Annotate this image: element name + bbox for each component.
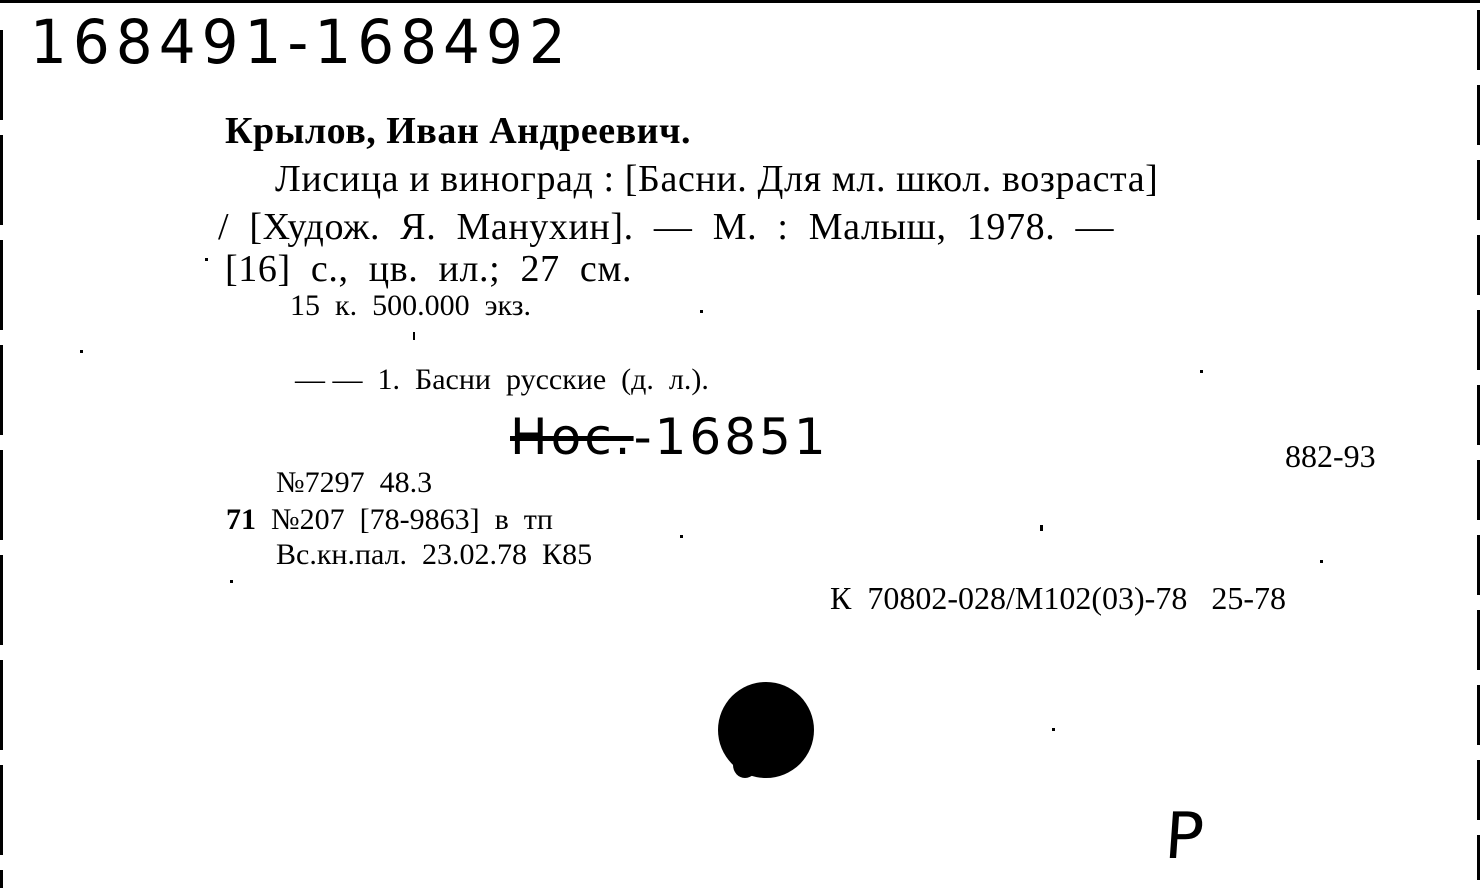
handwritten-inventory-range: 168491-168492 [30, 6, 572, 77]
punch-hole-tail [733, 752, 757, 778]
handwritten-note-prefix: Нос. [510, 408, 634, 466]
card-top-edge [0, 0, 1480, 3]
speck [1200, 370, 1203, 373]
card-left-edge [0, 30, 3, 888]
speck [1320, 560, 1323, 563]
catalog-card: 168491-168492 Крылов, Иван Андреевич. Ли… [0, 0, 1480, 888]
speck [1040, 525, 1043, 531]
author-heading: Крылов, Иван Андреевич. [225, 112, 691, 150]
speck [230, 580, 233, 583]
speck [700, 310, 703, 313]
handwritten-note-number: -16851 [634, 408, 829, 466]
speck [413, 332, 415, 340]
physical-description: [16] с., цв. ил.; 27 см. [225, 250, 632, 288]
record-line-2-text: №207 [78-9863] в тп [271, 503, 553, 536]
index-code: К 70802-028/М102(03)-78 25-78 [830, 582, 1286, 614]
speck [80, 350, 83, 353]
handwritten-note: Нос.-16851 [510, 408, 829, 466]
record-line-1: №7297 48.3 [276, 468, 432, 498]
record-line-3: Вс.кн.пал. 23.02.78 К85 [276, 540, 592, 570]
speck [680, 535, 683, 538]
speck [1052, 728, 1055, 731]
price-and-print-run: 15 к. 500.000 экз. [290, 291, 531, 321]
classification-number: 882-93 [1285, 440, 1376, 472]
handwritten-corner-mark: Р [1162, 800, 1206, 874]
subject-heading: — — 1. Басни русские (д. л.). [295, 365, 709, 395]
record-line-2-lead: 71 [226, 503, 256, 536]
title-line-2: / [Худож. Я. Манухин]. — М. : Малыш, 197… [218, 208, 1114, 246]
speck [205, 258, 208, 261]
title-line-1: Лисица и виноград : [Басни. Для мл. школ… [275, 160, 1158, 198]
record-line-2: 71 №207 [78-9863] в тп [226, 505, 553, 535]
